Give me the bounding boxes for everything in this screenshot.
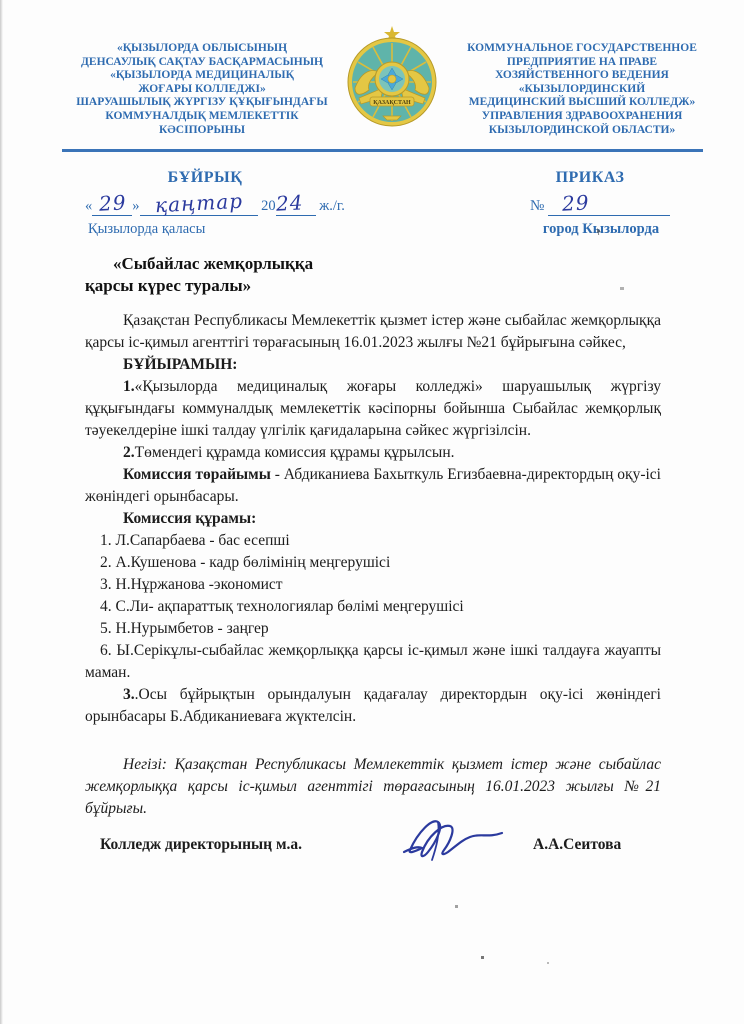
scan-speckle xyxy=(481,956,484,959)
org-name-russian: КОММУНАЛЬНОЕ ГОСУДАРСТВЕННОЕ ПРЕДПРИЯТИЕ… xyxy=(448,42,716,137)
org-left-line: КӘСІПОРЫНЫ xyxy=(68,124,336,138)
item-1-text: «Қызылорда медициналық жоғары колледжі» … xyxy=(85,378,661,439)
year-printed: 20 xyxy=(261,198,276,214)
org-name-kazakh: «ҚЫЗЫЛОРДА ОБЛЫСЫНЫҢ ДЕНСАУЛЫҚ САҚТАУ БА… xyxy=(68,42,336,137)
org-right-line: КОММУНАЛЬНОЕ ГОСУДАРСТВЕННОЕ xyxy=(448,42,716,56)
resolve-word: БҰЙЫРАМЫН: xyxy=(85,354,661,376)
org-left-line: ЖОҒАРЫ КОЛЛЕДЖІ» xyxy=(68,83,336,97)
document-subject-title: «Сыбайлас жемқорлыққа қарсы күрес туралы… xyxy=(85,253,313,297)
quote-close: » xyxy=(132,198,139,214)
handwritten-number: 29 xyxy=(562,195,590,210)
handwritten-month: қаңтар xyxy=(154,194,243,213)
item-3-number: 3. xyxy=(123,686,135,703)
item-1-number: 1. xyxy=(123,378,135,395)
signer-position-label: Колледж директорының м.а. xyxy=(100,836,302,854)
committee-member-list: 1. Л.Сапарбаева - бас есепші 2. А.Кушено… xyxy=(85,530,661,684)
member-number: 3. xyxy=(100,576,112,593)
committee-member-row: 6. Ы.Серікұлы-сыбайлас жемқорлыққа қарсы… xyxy=(85,640,661,684)
committee-member-row: 3. Н.Нұржанова -экономист xyxy=(85,574,661,596)
date-suffix: ж./г. xyxy=(319,198,345,214)
committee-heading: Комиссия құрамы: xyxy=(85,508,661,530)
org-left-line: ШАРУАШЫЛЫҚ ЖҮРГІЗУ ҚҰҚЫҒЫНДАҒЫ xyxy=(68,96,336,110)
member-number: 5. xyxy=(100,620,112,637)
date-day-blank: 29 xyxy=(92,196,132,216)
org-left-line: «ҚЫЗЫЛОРДА МЕДИЦИНАЛЫҚ xyxy=(68,69,336,83)
member-text: Л.Сапарбаева - бас есепші xyxy=(116,532,290,549)
committee-member-row: 2. А.Кушенова - кадр бөлімінің меңгеруші… xyxy=(85,552,661,574)
item-3-text: .Осы бұйрықтын орындалуын қадағалау дире… xyxy=(85,686,661,725)
place-kazakh: Қызылорда қаласы xyxy=(88,221,205,238)
scan-speckle xyxy=(547,962,549,964)
date-year-blank: 24 xyxy=(276,196,316,216)
handwritten-year: 24 xyxy=(275,195,303,210)
org-left-line: «ҚЫЗЫЛОРДА ОБЛЫСЫНЫҢ xyxy=(68,42,336,56)
member-number: 2. xyxy=(100,554,112,571)
member-text: С.Ли- ақпараттық технологиялар бөлімі ме… xyxy=(116,598,464,615)
org-right-line: УПРАВЛЕНИЯ ЗДРАВООХРАНЕНИЯ xyxy=(448,110,716,124)
item-2-number: 2. xyxy=(123,444,135,461)
place-russian: город Кызылорда xyxy=(536,221,666,238)
member-text: Н.Нурымбетов - заңгер xyxy=(116,620,269,637)
org-left-line: КОММУНАЛДЫҚ МЕМЛЕКЕТТІК xyxy=(68,110,336,124)
order-item-3: 3..Осы бұйрықтын орындалуын қадағалау ди… xyxy=(85,684,661,728)
order-title-kazakh: БҰЙРЫҚ xyxy=(75,169,335,187)
org-right-line: ХОЗЯЙСТВЕННОГО ВЕДЕНИЯ xyxy=(448,69,716,83)
org-right-line: ПРЕДПРИЯТИЕ НА ПРАВЕ xyxy=(448,56,716,70)
scanned-order-document: «ҚЫЗЫЛОРДА ОБЛЫСЫНЫҢ ДЕНСАУЛЫҚ САҚТАУ БА… xyxy=(0,0,744,1024)
member-text: Ы.Серікұлы-сыбайлас жемқорлыққа қарсы іс… xyxy=(85,642,661,681)
org-right-line: КЫЗЫЛОРДИНСКОЙ ОБЛАСТИ» xyxy=(448,124,716,138)
org-right-line: МЕДИЦИНСКИЙ ВЫСШИЙ КОЛЛЕДЖ» xyxy=(448,96,716,110)
preamble-paragraph: Қазақстан Республикасы Мемлекеттік қызме… xyxy=(85,310,661,354)
member-number: 4. xyxy=(100,598,112,615)
committee-member-row: 5. Н.Нурымбетов - заңгер xyxy=(85,618,661,640)
kazakhstan-state-emblem-icon: ҚАЗАҚСТАН xyxy=(345,24,439,134)
commission-chair-line: Комиссия төрайымы - Абдиканиева Бахыткул… xyxy=(85,464,661,508)
item-2-text: Төмендегі құрамда комиссия құрамы құрылс… xyxy=(135,444,455,461)
header-divider-rule xyxy=(62,149,703,152)
number-sign: № xyxy=(530,198,544,214)
date-month-blank: қаңтар xyxy=(140,196,258,216)
member-text: Н.Нұржанова -экономист xyxy=(116,576,283,593)
scan-speckle xyxy=(620,287,624,290)
member-number: 6. xyxy=(100,642,112,659)
basis-paragraph: Негізі: Қазақстан Республикасы Мемлекетт… xyxy=(85,754,661,820)
order-item-1: 1.«Қызылорда медициналық жоғары колледжі… xyxy=(85,376,661,442)
handwritten-day: 29 xyxy=(98,195,126,210)
chair-label: Комиссия төрайымы xyxy=(123,466,271,483)
committee-member-row: 4. С.Ли- ақпараттық технологиялар бөлімі… xyxy=(85,596,661,618)
subject-line-2: қарсы күрес туралы» xyxy=(85,275,313,297)
order-date-line: «29»қаңтар 2024 ж./г. xyxy=(85,196,345,216)
scan-edge-shadow xyxy=(0,0,3,1024)
emblem-banner-text: ҚАЗАҚСТАН xyxy=(373,100,411,106)
signer-name: А.А.Сеитова xyxy=(533,836,621,854)
subject-line-1: «Сыбайлас жемқорлыққа xyxy=(113,253,313,275)
quote-open: « xyxy=(85,198,92,214)
org-left-line: ДЕНСАУЛЫҚ САҚТАУ БАСҚАРМАСЫНЫҢ xyxy=(68,56,336,70)
scan-speckle xyxy=(455,905,458,908)
order-number-blank: 29 xyxy=(548,196,670,216)
order-item-2: 2.Төмендегі құрамда комиссия құрамы құры… xyxy=(85,442,661,464)
member-number: 1. xyxy=(100,532,112,549)
order-title-russian: ПРИКАЗ xyxy=(470,169,710,187)
org-right-line: «КЫЗЫЛОРДИНСКИЙ xyxy=(448,83,716,97)
handwritten-signature xyxy=(398,808,518,873)
order-number-line: № 29 xyxy=(530,196,670,216)
committee-member-row: 1. Л.Сапарбаева - бас есепші xyxy=(85,530,661,552)
member-text: А.Кушенова - кадр бөлімінің меңгерушісі xyxy=(116,554,391,571)
order-body: Қазақстан Республикасы Мемлекеттік қызме… xyxy=(85,310,661,820)
